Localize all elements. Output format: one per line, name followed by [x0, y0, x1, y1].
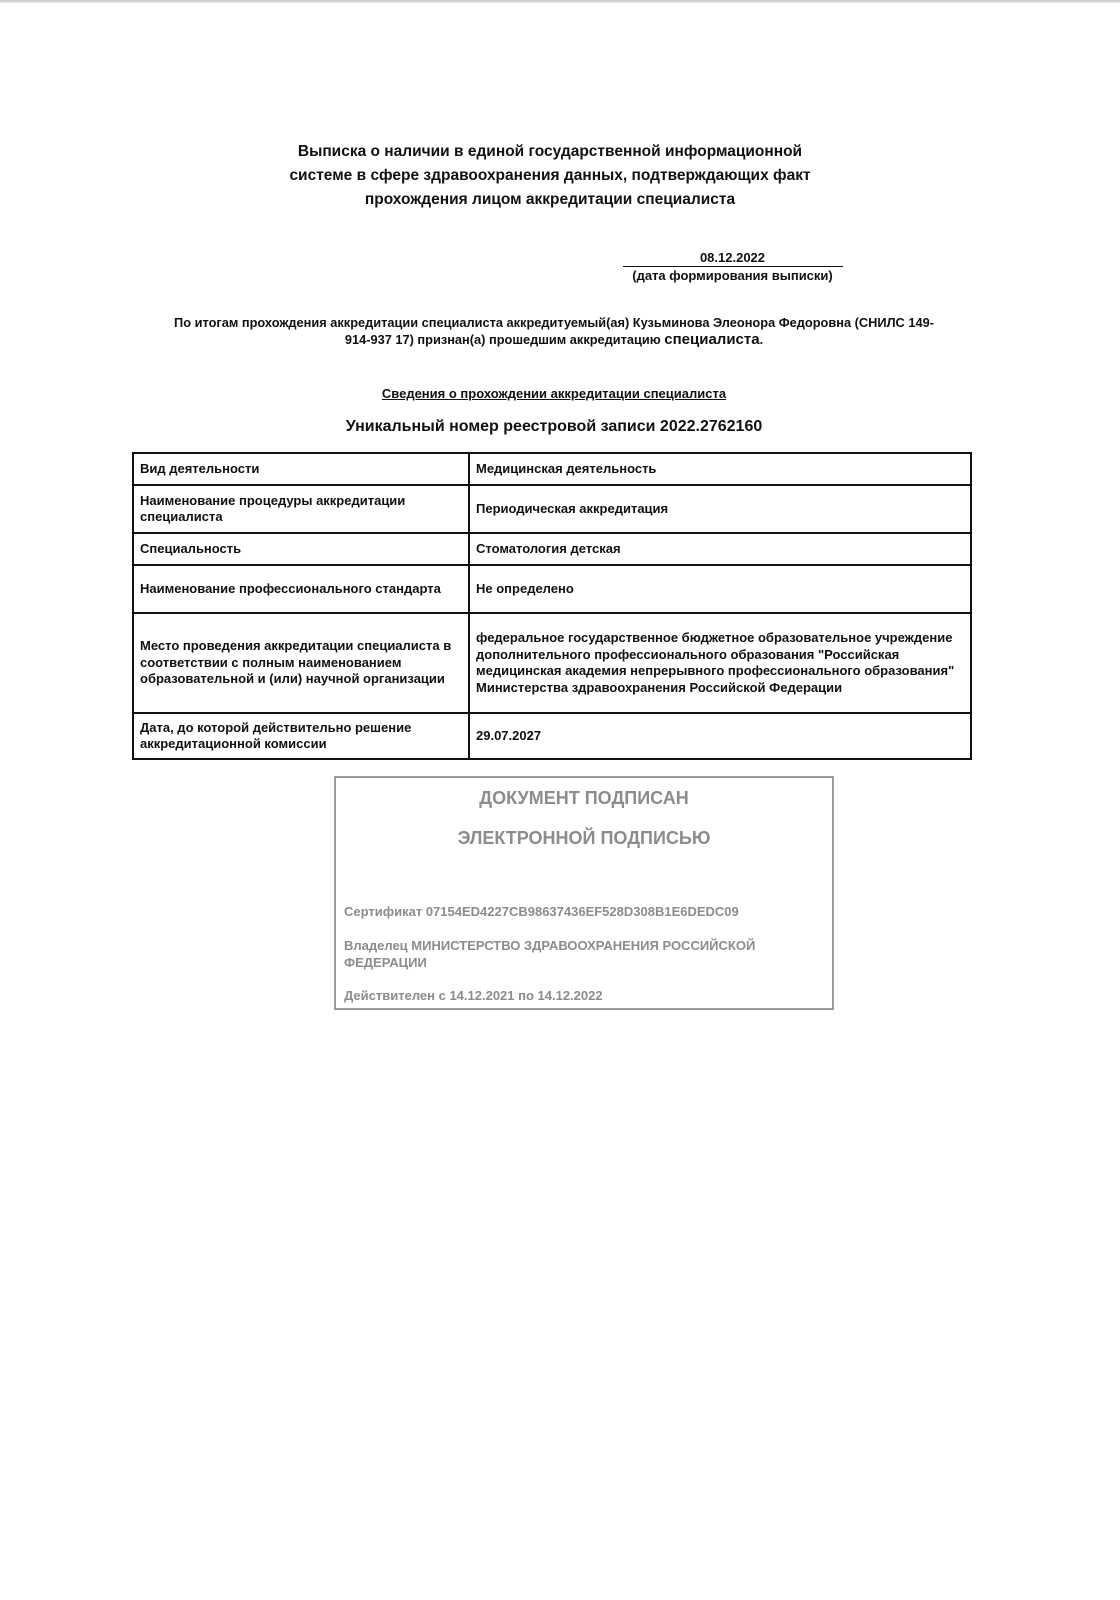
stamp-validity: Действителен с 14.12.2021 по 14.12.2022 — [344, 987, 814, 1004]
issue-date-caption: (дата формирования выписки) — [620, 267, 845, 285]
intro-line-1: По итогам прохождения аккредитации специ… — [174, 315, 934, 330]
row-value: Медицинская деятельность — [469, 453, 971, 485]
row-label: Место проведения аккредитации специалист… — [133, 613, 469, 713]
intro-line-2-prefix: 914-937 17) признан(а) прошедшим аккреди… — [345, 332, 664, 347]
title-line: Выписка о наличии в единой государственн… — [200, 140, 900, 164]
accreditation-details-table: Вид деятельности Медицинская деятельност… — [132, 452, 972, 760]
issue-date: 08.12.2022 — [623, 250, 843, 267]
intro-line-2-suffix: . — [760, 332, 764, 347]
row-label: Наименование профессионального стандарта — [133, 565, 469, 613]
row-label: Специальность — [133, 533, 469, 565]
document-title: Выписка о наличии в единой государственн… — [200, 140, 900, 212]
issue-date-block: 08.12.2022 (дата формирования выписки) — [620, 250, 845, 285]
table-row: Наименование процедуры аккредитации спец… — [133, 485, 971, 533]
row-value: 29.07.2027 — [469, 713, 971, 759]
title-line: прохождения лицом аккредитации специалис… — [200, 188, 900, 212]
intro-line-2-emphasis: специалиста — [664, 331, 759, 348]
page-top-edge — [0, 0, 1120, 3]
table-row: Дата, до которой действительно решение а… — [133, 713, 971, 759]
row-value: Не определено — [469, 565, 971, 613]
section-heading: Сведения о прохождении аккредитации спец… — [134, 386, 974, 401]
row-value: Стоматология детская — [469, 533, 971, 565]
intro-statement: По итогам прохождения аккредитации специ… — [134, 314, 974, 348]
row-label: Наименование процедуры аккредитации спец… — [133, 485, 469, 533]
table-row: Место проведения аккредитации специалист… — [133, 613, 971, 713]
row-value: федеральное государственное бюджетное об… — [469, 613, 971, 713]
table-row: Специальность Стоматология детская — [133, 533, 971, 565]
stamp-heading-2: ЭЛЕКТРОННОЙ ПОДПИСЬЮ — [336, 828, 832, 849]
registry-number: Уникальный номер реестровой записи 2022.… — [134, 418, 974, 436]
row-label: Дата, до которой действительно решение а… — [133, 713, 469, 759]
row-label: Вид деятельности — [133, 453, 469, 485]
electronic-signature-stamp: ДОКУМЕНТ ПОДПИСАН ЭЛЕКТРОННОЙ ПОДПИСЬЮ С… — [334, 776, 834, 1010]
stamp-certificate: Сертификат 07154ED4227CB98637436EF528D30… — [344, 903, 814, 920]
stamp-heading-1: ДОКУМЕНТ ПОДПИСАН — [336, 788, 832, 809]
table-row: Вид деятельности Медицинская деятельност… — [133, 453, 971, 485]
title-line: системе в сфере здравоохранения данных, … — [200, 164, 900, 188]
row-value: Периодическая аккредитация — [469, 485, 971, 533]
table-row: Наименование профессионального стандарта… — [133, 565, 971, 613]
stamp-owner: Владелец МИНИСТЕРСТВО ЗДРАВООХРАНЕНИЯ РО… — [344, 937, 814, 971]
